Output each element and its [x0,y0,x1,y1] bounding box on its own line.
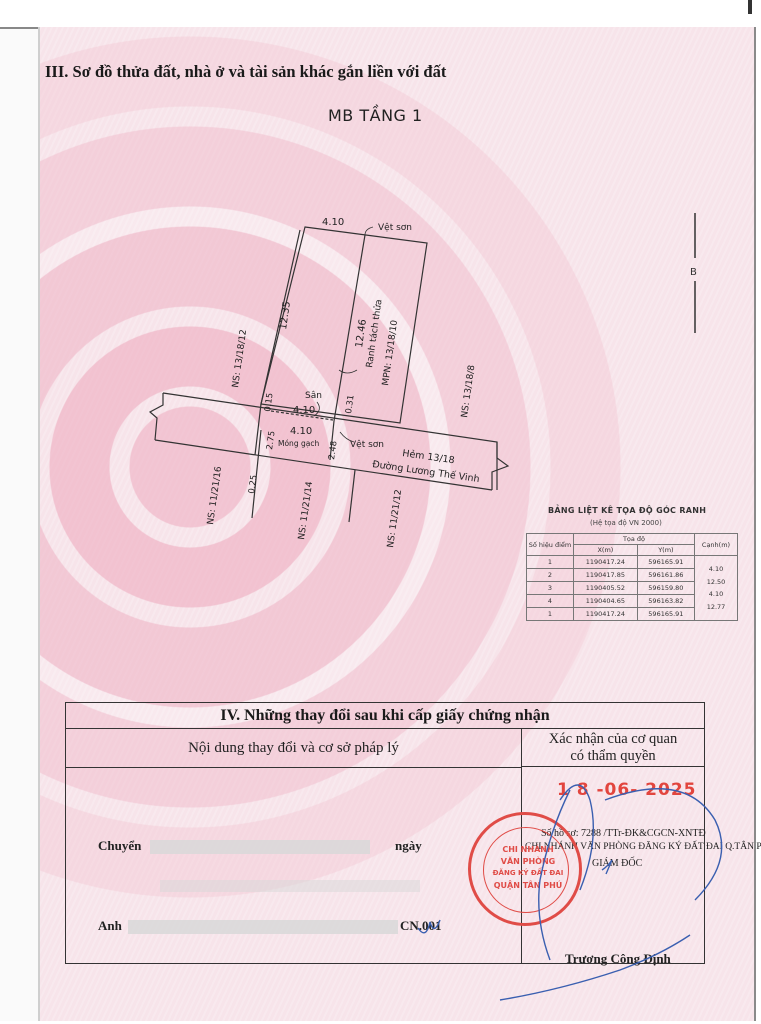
foundation-width: 4.10 [290,426,312,437]
entry-line-2-end: CN.001 [400,918,442,934]
entry-line-1-end: ngày [395,838,422,854]
redacted-text [150,840,370,854]
neighbor-south-3: NS: 11/21/12 [386,489,404,549]
left-edge-length: 12.35 [278,301,293,331]
offset-025: 0.25 [247,474,260,494]
svg-text:B: B [690,267,697,278]
yard-width: 4.10 [293,405,315,416]
paint-mark-bottom: Vệt sơn [350,439,384,450]
col-coords: Tọa độ [574,534,695,545]
neighbor-south-2: NS: 11/21/14 [297,481,315,541]
road-width-right: 2.48 [327,440,340,460]
neighbor-south-1: NS: 11/21/16 [206,466,224,526]
right-edge-length: 12.46 [354,319,369,349]
entry-line-1-start: Chuyển [98,838,141,854]
street-label: Đường Lương Thế Vinh [372,459,481,485]
paint-mark-top: Vệt sơn [378,222,412,233]
division-label: Ranh tách thửa [364,299,384,369]
neighbor-right: NS: 13/18/8 [460,364,477,418]
road-width-left: 2.75 [265,430,278,450]
signer-name: Trương Công Định [565,951,671,967]
col-point: Số hiệu điểm [527,534,574,556]
signer-role: GIÁM ĐỐC [592,858,642,869]
official-seal: CHI NHÁNH VĂN PHÒNG ĐĂNG KÝ ĐẤT ĐAI QUẬN… [468,812,582,926]
brick-foundation-label: Móng gạch [278,439,319,448]
col-authority-confirmation: Xác nhận của cơ quan có thẩm quyền [522,729,704,767]
redacted-text [128,920,398,934]
col-edge: Cạnh(m) [695,534,738,556]
neighbor-left: NS: 13/18/12 [231,329,249,389]
edge-lengths: 4.10 12.50 4.10 12.77 [695,556,738,621]
col-x: X(m) [574,545,638,556]
road-bottom-edge [155,440,492,490]
north-arrow-icon: B [688,213,702,333]
top-edge-length: 4.10 [322,217,344,228]
coord-table-title: BẢNG LIỆT KÊ TỌA ĐỘ GÓC RANH [548,506,706,515]
coord-table-subtitle: (Hệ tọa độ VN 2000) [590,519,662,527]
coordinate-table: Số hiệu điểm Tọa độ Cạnh(m) X(m) Y(m) 1 … [526,533,738,621]
col-y: Y(m) [637,545,694,556]
entry-line-2-start: Anh [98,918,122,934]
house-number-label: MPN: 13/18/10 [381,319,400,386]
confirmation-date: 1 8 -06- 2025 [557,780,697,800]
col-change-content: Nội dung thay đổi và cơ sở pháp lý [66,729,522,768]
offset-031: 0.31 [344,394,357,414]
section-4-title: IV. Những thay đổi sau khi cấp giấy chứn… [66,703,704,729]
yard-label: Sân [305,391,322,401]
table-row: 1 1190417.24 596165.91 4.10 12.50 4.10 1… [527,556,738,569]
redacted-text [160,880,420,892]
